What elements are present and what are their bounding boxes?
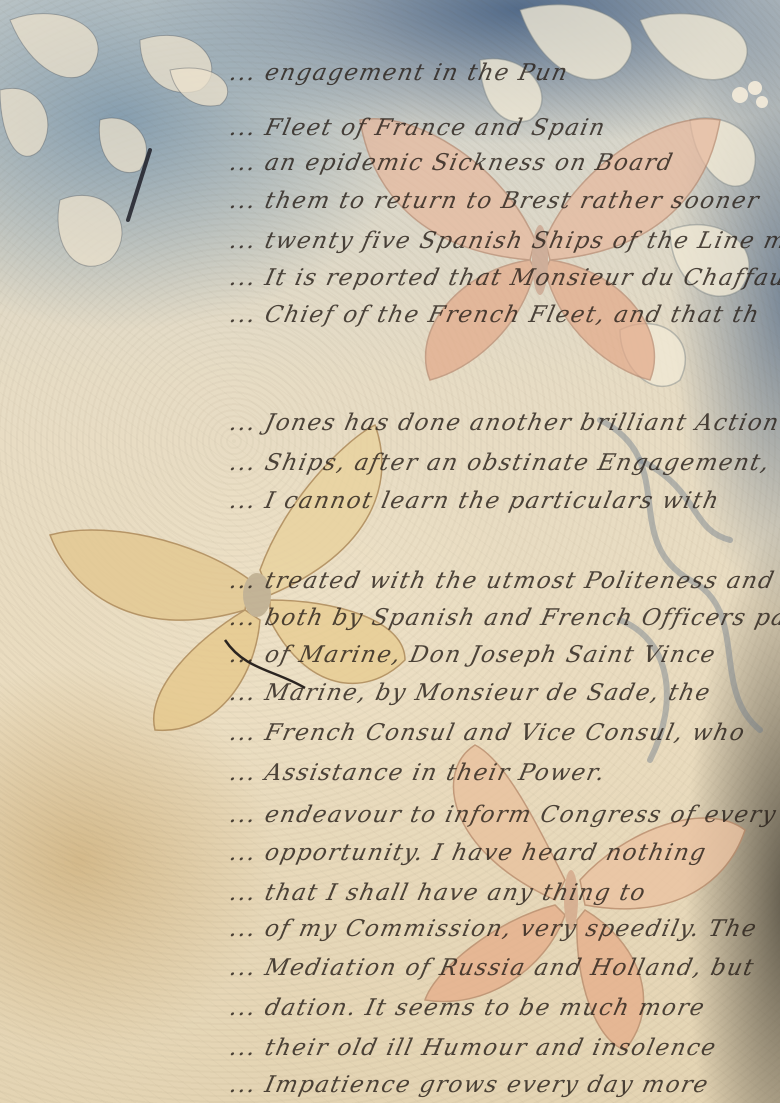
vintage-paper-artwork: ... engagement in the Pun... Fleet of Fr… [0, 0, 780, 1103]
script-line: ... both by Spanish and French Officers … [227, 605, 780, 631]
script-line: ... of Marine, Don Joseph Saint Vince [227, 642, 718, 668]
script-line: ... I cannot learn the particulars with [227, 488, 722, 514]
script-line: ... them to return to Brest rather soone… [227, 188, 762, 214]
script-line: ... Fleet of France and Spain [227, 115, 608, 141]
script-line: ... Mediation of Russia and Holland, but [227, 955, 757, 981]
script-line: ... endeavour to inform Congress of ever… [227, 802, 779, 828]
script-line: ... Chief of the French Fleet, and that … [227, 302, 762, 328]
script-line: ... treated with the utmost Politeness a… [227, 568, 780, 594]
script-line: ... opportunity. I have heard nothing [227, 840, 709, 866]
script-line: ... Assistance in their Power. [227, 760, 608, 786]
script-line: ... dation. It seems to be much more [227, 995, 708, 1021]
script-line: ... Jones has done another brilliant Act… [227, 410, 780, 436]
script-line: ... an epidemic Sickness on Board [227, 150, 676, 176]
script-line: ... Impatience grows every day more [227, 1072, 711, 1098]
script-line: ... of my Commission, very speedily. The [227, 916, 760, 942]
script-line: ... twenty five Spanish Ships of the Lin… [227, 228, 780, 254]
script-line: ... that I shall have any thing to [227, 880, 648, 906]
script-line: ... French Consul and Vice Consul, who [227, 720, 748, 746]
script-line: ... engagement in the Pun [227, 60, 571, 86]
script-line: ... Ships, after an obstinate Engagement… [227, 450, 780, 476]
script-line: ... It is reported that Monsieur du Chaf… [227, 265, 780, 291]
script-line: ... Marine, by Monsieur de Sade, the [227, 680, 713, 706]
script-line: ... their old ill Humour and insolence [227, 1035, 719, 1061]
